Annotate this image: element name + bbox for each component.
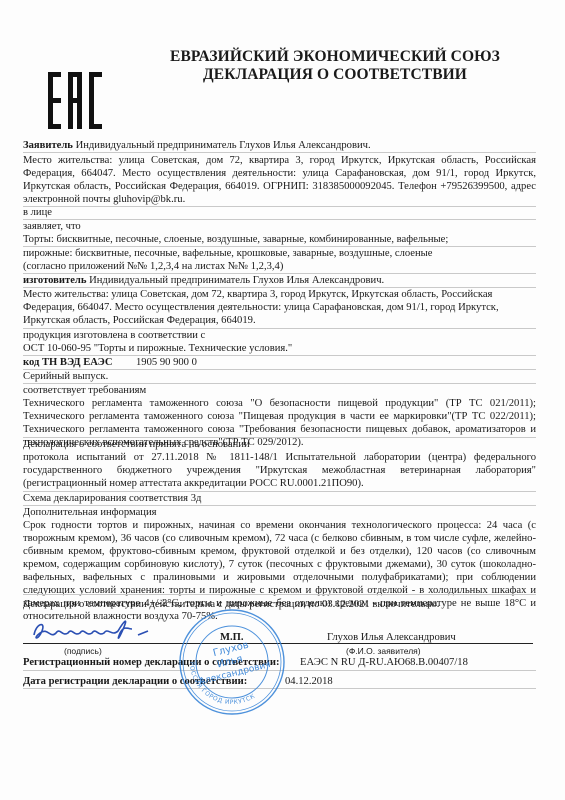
document-title: ДЕКЛАРАЦИЯ О СООТВЕТСТВИИ <box>120 66 550 84</box>
release-type: Серийный выпуск. <box>23 370 536 383</box>
additional-info-label: Дополнительная информация <box>23 506 536 519</box>
divider <box>23 594 536 595</box>
manufacturer-name: Индивидуальный предприниматель Глухов Ил… <box>89 275 384 286</box>
requirements-label: соответствует требованиям <box>23 384 536 397</box>
product-pastries: пирожные: бисквитные, песочные, вафельны… <box>23 247 536 260</box>
standard-label: продукция изготовлена в соответствии с <box>23 329 536 342</box>
signature-scribble-icon <box>28 613 158 647</box>
registration-date-value: 04.12.2018 <box>285 675 333 688</box>
signer-name: Глухов Илья Александрович <box>327 631 456 644</box>
registration-number-value: ЕАЭС N RU Д-RU.АЮ68.В.00407/18 <box>300 656 468 669</box>
declaration-page: ЕВРАЗИЙСКИЙ ЭКОНОМИЧЕСКИЙ СОЮЗ ДЕКЛАРАЦИ… <box>0 0 565 800</box>
tn-ved-label: код ТН ВЭД ЕАЭС <box>23 356 113 369</box>
basis-text: протокола испытаний от 27.11.2018 № 1811… <box>23 451 536 490</box>
divider <box>23 152 536 153</box>
manufacturer-label: изготовитель <box>23 275 86 286</box>
product-cakes: Торты: бисквитные, песочные, слоеные, во… <box>23 233 536 246</box>
manufacturer-details: Место жительства: улица Советская, дом 7… <box>23 288 536 327</box>
product-appendices: (согласно приложений №№ 1,2,3,4 на листа… <box>23 260 536 273</box>
tn-ved-value: 1905 90 900 0 <box>136 356 197 369</box>
in-person-label: в лице <box>23 206 536 219</box>
declares-label: заявляет, что <box>23 220 536 233</box>
standard-value: ОСТ 10-060-95 "Торты и пирожные. Техниче… <box>23 342 536 355</box>
applicant-label: Заявитель <box>23 140 73 151</box>
applicant-details: Место жительства: улица Советская, дом 7… <box>23 154 536 206</box>
applicant-name: Индивидуальный предприниматель Глухов Ил… <box>76 140 371 151</box>
official-stamp-icon: РОССИЯ ГОРОД ИРКУТСК Глухов Илья Алексан… <box>178 608 286 716</box>
eac-logo-icon <box>48 72 102 129</box>
manufacturer-line: изготовитель Индивидуальный предпринимат… <box>23 274 536 287</box>
union-title: ЕВРАЗИЙСКИЙ ЭКОНОМИЧЕСКИЙ СОЮЗ <box>120 48 550 66</box>
declaration-scheme: Схема декларирования соответствия 3д <box>23 492 536 505</box>
applicant-line: Заявитель Индивидуальный предприниматель… <box>23 139 536 152</box>
basis-label: Декларация о соответствии принята на осн… <box>23 438 536 451</box>
